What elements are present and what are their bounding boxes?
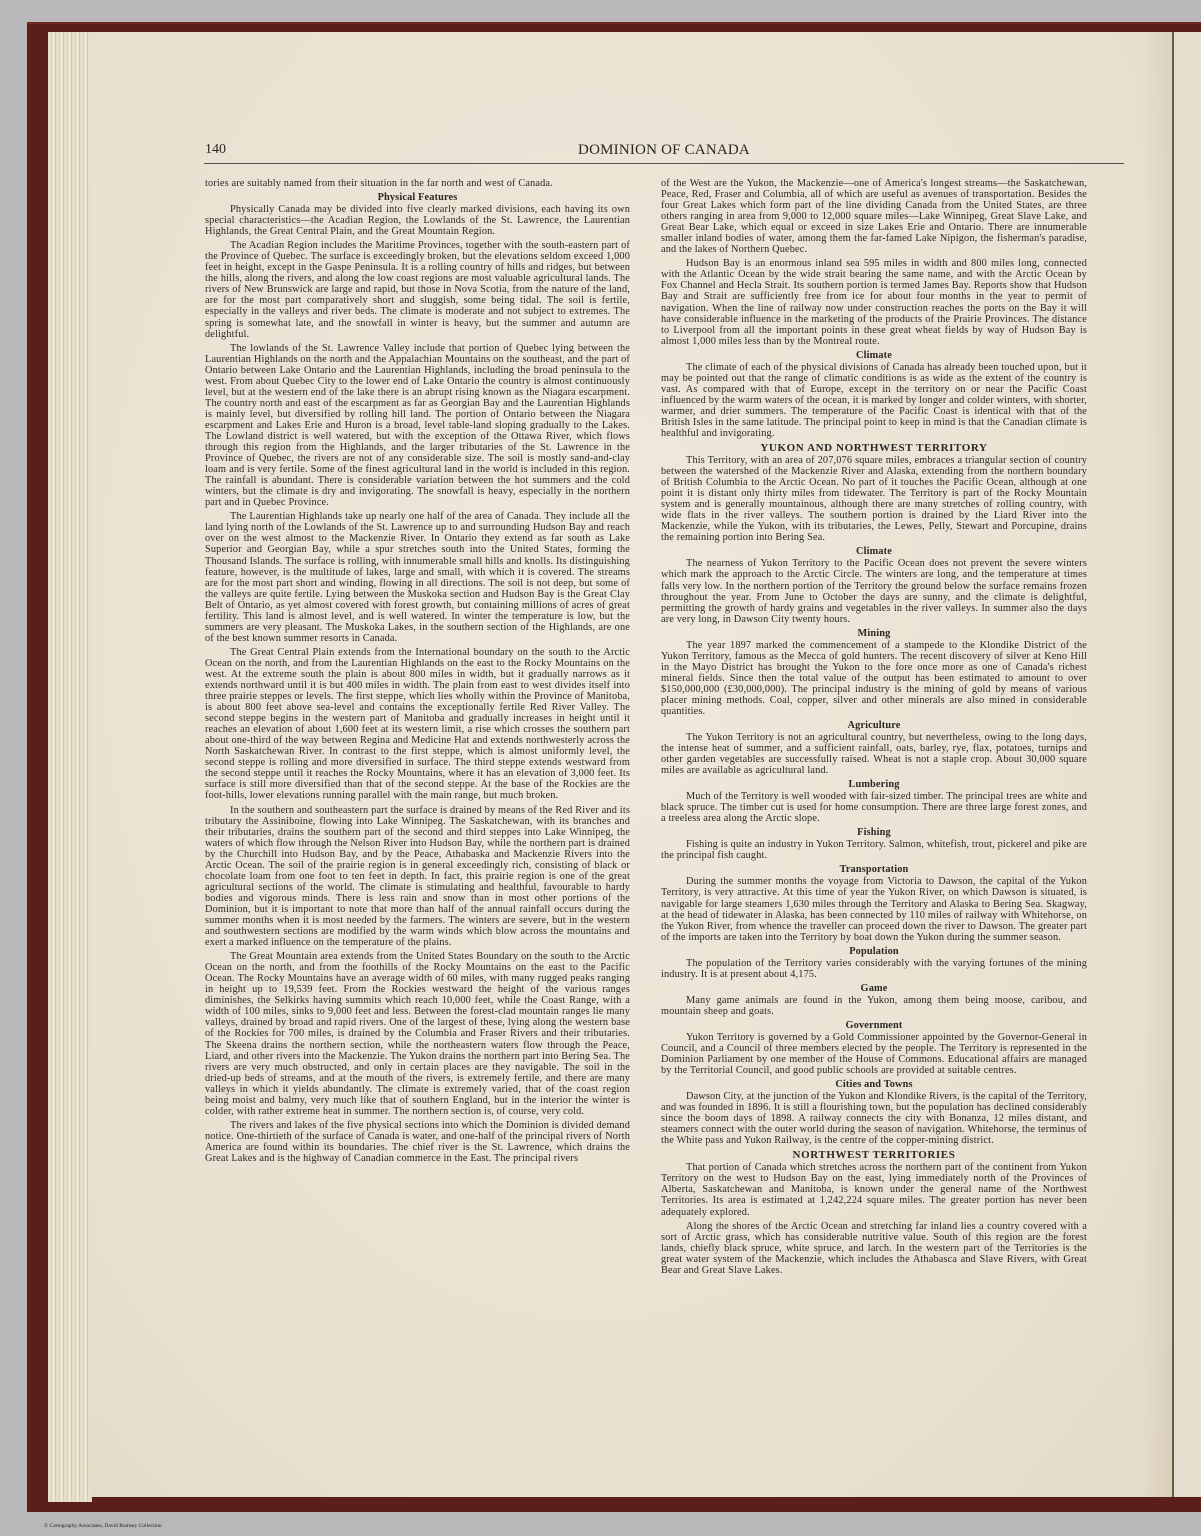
section-heading-lumbering: Lumbering xyxy=(661,779,1087,791)
paragraph: Much of the Territory is well wooded wit… xyxy=(661,791,1087,824)
page-header: 140 DOMINION OF CANADA xyxy=(205,142,1123,162)
paragraph: The lowlands of the St. Lawrence Valley … xyxy=(205,343,630,509)
paragraph: Along the shores of the Arctic Ocean and… xyxy=(661,1221,1087,1276)
left-column: tories are suitably named from their sit… xyxy=(205,178,630,1167)
section-heading-northwest-territories: NORTHWEST TERRITORIES xyxy=(661,1149,1087,1162)
paragraph: The Yukon Territory is not an agricultur… xyxy=(661,732,1087,776)
paragraph: That portion of Canada which stretches a… xyxy=(661,1162,1087,1217)
section-heading-cities-and-towns: Cities and Towns xyxy=(661,1079,1087,1091)
right-column: of the West are the Yukon, the Mackenzie… xyxy=(661,178,1087,1279)
gutter-shadow xyxy=(1140,32,1172,1497)
section-heading-yukon: YUKON AND NORTHWEST TERRITORY xyxy=(661,442,1087,455)
section-heading-population: Population xyxy=(661,946,1087,958)
section-heading-yukon-climate: Climate xyxy=(661,546,1087,558)
section-heading-fishing: Fishing xyxy=(661,827,1087,839)
continuation-paragraph: of the West are the Yukon, the Mackenzie… xyxy=(661,178,1087,255)
paragraph: The rivers and lakes of the five physica… xyxy=(205,1120,630,1164)
facing-page-edge xyxy=(1174,32,1201,1497)
paragraph: The climate of each of the physical divi… xyxy=(661,362,1087,439)
paragraph: Dawson City, at the junction of the Yuko… xyxy=(661,1091,1087,1146)
section-heading-game: Game xyxy=(661,983,1087,995)
section-heading-climate: Climate xyxy=(661,350,1087,362)
section-heading-transportation: Transportation xyxy=(661,864,1087,876)
paragraph: Hudson Bay is an enormous inland sea 595… xyxy=(661,258,1087,346)
paragraph: The nearness of Yukon Territory to the P… xyxy=(661,558,1087,624)
header-rule xyxy=(204,163,1124,164)
paragraph: Fishing is quite an industry in Yukon Te… xyxy=(661,839,1087,861)
paragraph: The Laurentian Highlands take up nearly … xyxy=(205,511,630,644)
collection-credit: © Cartography Associates, David Rumsey C… xyxy=(44,1523,162,1529)
paragraph: Yukon Territory is governed by a Gold Co… xyxy=(661,1032,1087,1076)
paragraph: This Territory, with an area of 207,076 … xyxy=(661,455,1087,543)
paragraph: Physically Canada may be divided into fi… xyxy=(205,204,630,237)
paragraph: In the southern and southeastern part th… xyxy=(205,805,630,949)
section-heading-government: Government xyxy=(661,1020,1087,1032)
section-heading-physical-features: Physical Features xyxy=(205,192,630,204)
paragraph: Many game animals are found in the Yukon… xyxy=(661,995,1087,1017)
paragraph: The Great Mountain area extends from the… xyxy=(205,951,630,1117)
continuation-paragraph: tories are suitably named from their sit… xyxy=(205,178,630,189)
paragraph: The Great Central Plain extends from the… xyxy=(205,647,630,802)
section-heading-mining: Mining xyxy=(661,628,1087,640)
paragraph: The year 1897 marked the commencement of… xyxy=(661,640,1087,717)
section-heading-agriculture: Agriculture xyxy=(661,720,1087,732)
stacked-page-edges xyxy=(48,32,92,1502)
running-title: DOMINION OF CANADA xyxy=(205,142,1123,159)
paragraph: During the summer months the voyage from… xyxy=(661,876,1087,942)
paragraph: The Acadian Region includes the Maritime… xyxy=(205,240,630,339)
paragraph: The population of the Territory varies c… xyxy=(661,958,1087,980)
